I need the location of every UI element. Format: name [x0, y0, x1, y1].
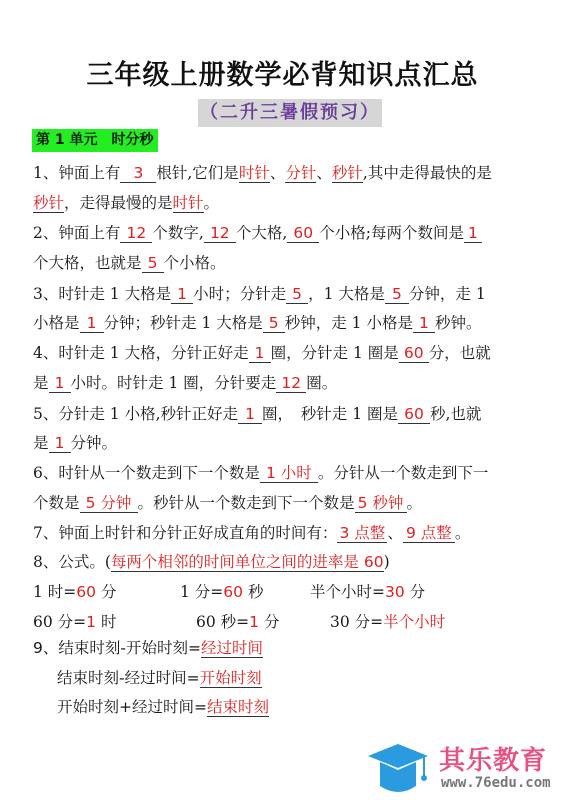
answer-blank: 12	[204, 224, 236, 243]
answer-blank: 1	[49, 434, 71, 453]
answer-blank: 5 秒钟	[355, 494, 407, 513]
answer-blank: 5	[142, 254, 164, 273]
text: ,其中走得最快的是	[363, 164, 492, 182]
text: 秒钟。	[435, 314, 482, 332]
answer-blank: 5	[286, 285, 308, 304]
answer-blank: 1	[249, 344, 271, 363]
formula: 半个小时=30 分	[310, 581, 425, 603]
text: 60 秒=	[196, 613, 249, 631]
text: 个小格;每两个数间是	[319, 224, 464, 242]
item-2-line-2: 个大格，也就是5个小格。	[33, 252, 226, 274]
item-4-line-1: 4、时针走 1 大格，分针正好走1圈，分针走 1 圈是60分，也就	[33, 342, 491, 364]
answer-blank: 60	[399, 344, 429, 363]
item-3-line-2: 小格是1分钟；秒针走 1 大格是5秒钟，走 1 小格是1秒钟。	[33, 312, 481, 334]
answer: 60	[76, 583, 96, 601]
text: 分钟；秒针走 1 大格是	[104, 314, 263, 332]
text: 分，也就	[429, 344, 491, 362]
text: 分钟。	[71, 434, 118, 452]
text: 时	[96, 613, 116, 631]
graduation-cap-icon	[366, 742, 436, 798]
answer: 60	[223, 583, 243, 601]
text: 分	[259, 613, 279, 631]
text: ，走得最慢的是	[64, 194, 173, 212]
text: 个数字,	[152, 224, 203, 242]
text: 秒,也就	[430, 405, 481, 423]
answer-blank: 3 点整	[337, 524, 387, 543]
text: 个数是	[33, 494, 80, 512]
answer-blank: 60	[287, 224, 319, 243]
answer: 秒针	[332, 164, 363, 183]
answer-blank: 1	[413, 314, 435, 333]
formula: 60 秒=1 分	[196, 611, 279, 633]
answer: 半个小时	[383, 613, 445, 631]
answer: 结束时刻	[207, 698, 269, 717]
formula: 1 时=60 分	[33, 581, 116, 603]
document-subtitle: （二升三暑假预习）	[198, 99, 382, 127]
item-9-row: 结束时刻-经过时间=开始时刻	[57, 667, 262, 689]
text: 6、时针从一个数走到下一个数是	[33, 464, 260, 482]
item-2-line-1: 2、钟面上有12个数字,12个大格,60个小格;每两个数间是1	[33, 222, 482, 244]
text: ，1 大格是	[308, 285, 385, 303]
answer-blank: 5	[385, 285, 409, 304]
answer: 30	[385, 583, 405, 601]
formula: 60 分=1 时	[33, 611, 116, 633]
text: 8、公式。(	[33, 553, 111, 571]
text: 1、钟面上有	[33, 164, 120, 182]
text: 根针,它们是	[156, 164, 238, 182]
watermark-logo: 其乐教育 www.76edu.com	[366, 740, 561, 798]
answer-blank: 1	[49, 374, 71, 393]
item-3-line-1: 3、时针走 1 大格是1小时；分针走5，1 大格是5分钟，走 1	[33, 283, 486, 305]
answer-blank: 5	[263, 314, 285, 333]
formula: 1 分=60 秒	[180, 581, 263, 603]
text: 、	[387, 524, 403, 542]
text: )	[384, 553, 390, 571]
text: 个大格,	[236, 224, 287, 242]
answer-blank: 3	[120, 164, 156, 183]
answer: 经过时间	[201, 639, 263, 658]
text: 是	[33, 374, 49, 392]
text: 圈。	[306, 374, 337, 392]
text: 。	[204, 194, 220, 212]
text: 30 分=	[330, 613, 383, 631]
text: 开始时刻+经过时间=	[57, 698, 207, 716]
text: 圈，分针走 1 圈是	[271, 344, 399, 362]
text: 是	[33, 434, 49, 452]
text: 4、时针走 1 大格，分针正好走	[33, 344, 249, 362]
item-6-line-1: 6、时针从一个数走到下一个数是1 小时。分针从一个数走到下一	[33, 462, 488, 484]
text: 个小格。	[164, 254, 226, 272]
text: 个大格，也就是	[33, 254, 142, 272]
answer-blank: 60	[398, 405, 430, 424]
answer: 1	[249, 613, 259, 631]
text: 分钟，走 1	[409, 285, 486, 303]
answer-blank: 1 小时	[260, 464, 318, 483]
answer: 1	[86, 613, 96, 631]
text: 7、钟面上时针和分针正好成直角的时间有：	[33, 524, 337, 542]
item-6-line-2: 个数是5 分钟。秒针从一个数走到下一个数是5 秒钟。	[33, 492, 422, 514]
text: 1 分=	[180, 583, 223, 601]
text: 1 时=	[33, 583, 76, 601]
unit-heading: 第 1 单元 时分秒	[32, 129, 158, 152]
text: 小时；分针走	[193, 285, 286, 303]
item-8-line: 8、公式。(每两个相邻的时间单位之间的进率是 60)	[33, 551, 390, 573]
text: 圈， 秒针走 1 圈是	[262, 405, 398, 423]
answer: 每两个相邻的时间单位之间的进率是 60	[111, 553, 384, 572]
answer: 秒针	[33, 194, 64, 213]
text: 分	[405, 583, 425, 601]
text: 5、分针走 1 小格,秒针正好走	[33, 405, 238, 423]
item-5-line-2: 是1分钟。	[33, 432, 117, 454]
text: 、	[270, 164, 286, 182]
answer-blank: 1	[238, 405, 262, 424]
text: 小时。时针走 1 圈，分针要走	[71, 374, 277, 392]
answer-blank: 9 点整	[403, 524, 455, 543]
answer: 时针	[173, 194, 204, 213]
text: 分	[96, 583, 116, 601]
answer-blank: 1	[171, 285, 193, 304]
text: 结束时刻-经过时间=	[57, 669, 200, 687]
text: 2、钟面上有	[33, 224, 120, 242]
formula: 30 分=半个小时	[330, 611, 445, 633]
answer-blank: 1	[80, 314, 104, 333]
answer: 分针	[285, 164, 316, 183]
item-9-row: 开始时刻+经过时间=结束时刻	[57, 696, 269, 718]
text: 秒钟，走 1 小格是	[285, 314, 413, 332]
text: 9、结束时刻-开始时刻=	[33, 639, 201, 657]
answer: 时针	[239, 164, 270, 183]
answer-blank: 12	[120, 224, 152, 243]
text: 60 分=	[33, 613, 86, 631]
answer-blank: 1	[464, 224, 482, 243]
brand-url: www.76edu.com	[441, 775, 551, 791]
item-5-line-1: 5、分针走 1 小格,秒针正好走1圈， 秒针走 1 圈是60秒,也就	[33, 403, 481, 425]
text: 。	[455, 524, 471, 542]
brand-name: 其乐教育	[439, 740, 547, 777]
text: 3、时针走 1 大格是	[33, 285, 171, 303]
answer-blank: 5 分钟	[80, 494, 138, 513]
answer: 开始时刻	[200, 669, 262, 688]
item-1-line-2: 秒针，走得最慢的是时针。	[33, 192, 219, 214]
item-9-row: 9、结束时刻-开始时刻=经过时间	[33, 637, 263, 659]
item-1-line-1: 1、钟面上有3根针,它们是时针、分针、秒针,其中走得最快的是	[33, 162, 492, 184]
text: 、	[316, 164, 332, 182]
item-7-line: 7、钟面上时针和分针正好成直角的时间有：3 点整、9 点整。	[33, 522, 470, 544]
text: 小格是	[33, 314, 80, 332]
text: 。分针从一个数走到下一	[318, 464, 489, 482]
text: 半个小时=	[310, 583, 385, 601]
text: 秒	[243, 583, 263, 601]
document-title: 三年级上册数学必背知识点汇总	[0, 53, 565, 92]
text: 。	[407, 494, 423, 512]
answer-blank: 12	[276, 374, 306, 393]
item-4-line-2: 是1小时。时针走 1 圈，分针要走12圈。	[33, 372, 337, 394]
text: 。秒针从一个数走到下一个数是	[138, 494, 355, 512]
